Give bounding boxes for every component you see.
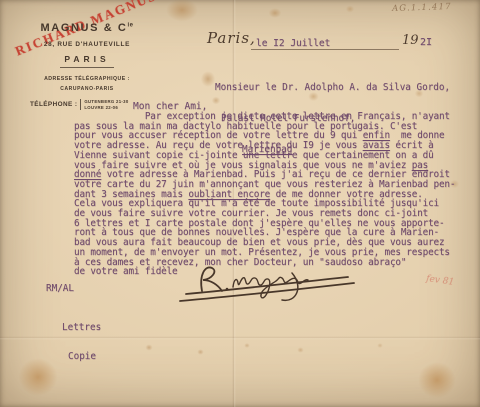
telegraph-address: CARUPANO-PARIS bbox=[30, 86, 144, 92]
stain bbox=[144, 343, 154, 352]
company-street: 28, RUE D'HAUTEVILLE bbox=[30, 41, 144, 48]
phone-block: TÉLÉPHONE : GUTENBERG 21-30 LOUVRE 22-06 bbox=[30, 99, 144, 110]
letterhead: MAGNUS & Cie 28, RUE D'HAUTEVILLE PARIS … bbox=[30, 22, 144, 110]
stain bbox=[196, 348, 205, 356]
phone-number-1: GUTENBERG 21-30 bbox=[84, 99, 128, 104]
year-printed: 19 bbox=[402, 33, 419, 48]
stain bbox=[412, 356, 462, 404]
year-typed: 2I bbox=[420, 37, 432, 48]
phone-number-2: LOUVRE 22-06 bbox=[84, 105, 128, 110]
signature-r-magnus bbox=[176, 263, 362, 314]
reference-initials: RM/AL bbox=[46, 283, 74, 294]
company-city: PARIS bbox=[30, 54, 144, 64]
phone-brace bbox=[80, 99, 81, 110]
enclosures-block: Lettres Copie bbox=[62, 303, 101, 381]
body-lines: Par exception je dicte cette lettre en F… bbox=[74, 112, 470, 277]
company-name: MAGNUS & Cie bbox=[30, 22, 144, 34]
enclosure-copie: Copie bbox=[68, 352, 101, 362]
enclosure-lettres: Lettres bbox=[62, 323, 101, 333]
stain bbox=[160, 0, 204, 26]
date-typed: le I2 Juillet bbox=[256, 38, 330, 49]
stain bbox=[12, 352, 64, 402]
stain bbox=[243, 342, 251, 349]
stain bbox=[266, 6, 284, 20]
date-city-printed: Paris, bbox=[207, 29, 256, 47]
company-suffix: ie bbox=[127, 22, 133, 28]
signature-ink bbox=[176, 263, 362, 309]
telegraph-label: ADRESSE TÉLÉGRAPHIQUE : bbox=[30, 76, 144, 82]
letter-document: RICHARD MAGNUS AG.1.1.417 MAGNUS & Cie 2… bbox=[0, 0, 480, 407]
stain bbox=[376, 342, 384, 349]
stain bbox=[296, 346, 305, 354]
stain bbox=[344, 4, 356, 14]
letterhead-rule bbox=[60, 67, 114, 68]
recipient-name: Monsieur le Dr. Adolpho A. da Silva Gord… bbox=[215, 83, 450, 93]
date-rule bbox=[251, 49, 399, 50]
phone-label: TÉLÉPHONE : bbox=[30, 101, 77, 108]
archive-number-pencil: AG.1.1.417 bbox=[392, 2, 452, 14]
